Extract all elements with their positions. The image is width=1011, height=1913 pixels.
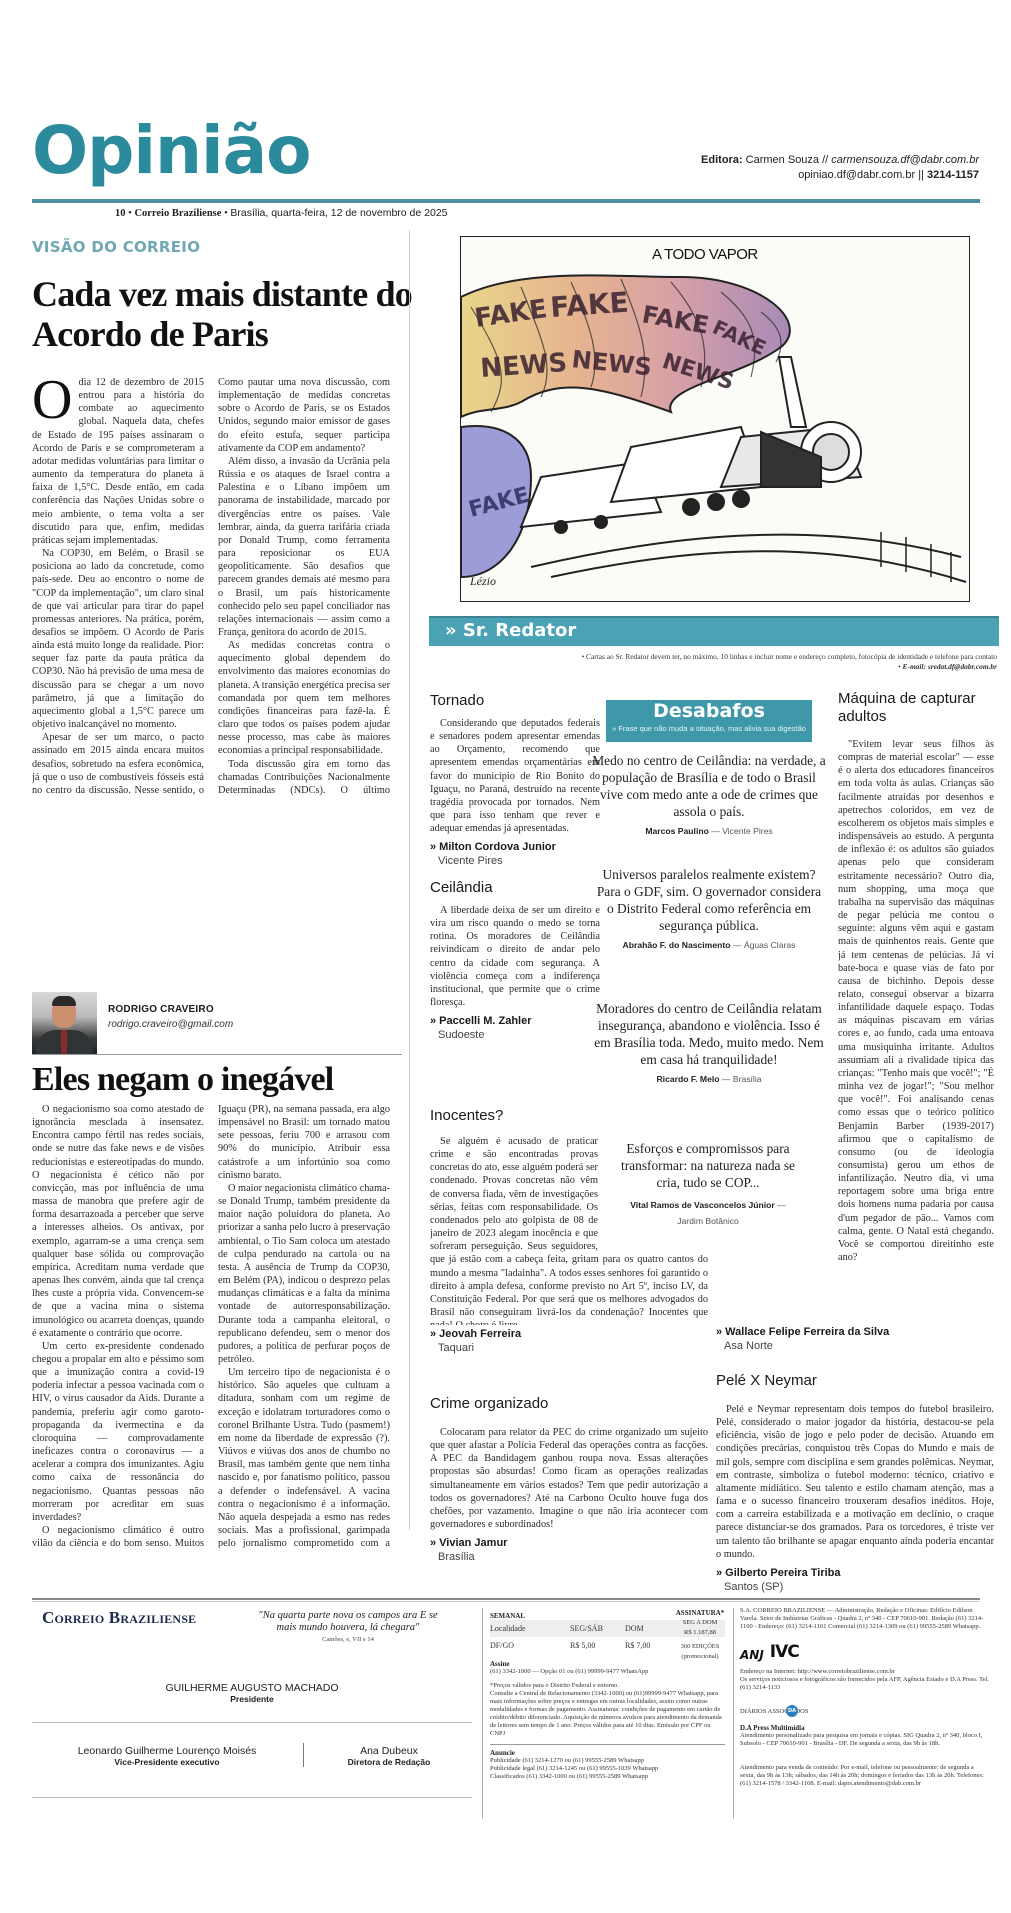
newspaper-logo: Correio Braziliense xyxy=(42,1608,196,1628)
author-name: Ricardo F. Melo xyxy=(656,1074,719,1084)
paragraph: Como pautar uma nova discussão, com impl… xyxy=(218,376,390,455)
footer-rule xyxy=(32,1598,980,1600)
desabafo-text: Universos paralelos realmente existem? P… xyxy=(592,866,826,934)
diarios-associados-label: DIÁRIOS ASSOCIADOS xyxy=(740,1708,808,1716)
letter-author: » Wallace Felipe Ferreira da Silva xyxy=(716,1326,986,1338)
newspaper-name: Correio Braziliense xyxy=(134,208,221,219)
paragraph: Colocaram para relator da PEC do crime o… xyxy=(430,1426,708,1531)
author-email[interactable]: rodrigo.craveiro@gmail.com xyxy=(108,1019,233,1030)
editor-credit: Editora: Carmen Souza // carmensouza.df@… xyxy=(701,153,979,183)
anuncie-line: Publicidade legal (61) 3214-1245 ou (61)… xyxy=(490,1765,725,1773)
paragraph: Iguaçu (PR), na semana passada, era algo… xyxy=(218,1103,390,1182)
letter-place: Santos (SP) xyxy=(716,1581,994,1593)
author-place: — Águas Claras xyxy=(733,940,796,950)
email-label: E-mail: xyxy=(903,662,926,671)
desabafo-item: Medo no centro de Ceilândia: na verdade,… xyxy=(592,752,826,836)
footer-divider xyxy=(482,1608,483,1818)
steam-train-illustration: FAKE FAKE FAKE FAKE NEWS NEWS NEWS FAKE xyxy=(461,237,970,602)
central-text: Consulte a Central de Relacionamento (33… xyxy=(490,1690,725,1738)
paragraph: A liberdade deixa de ser um direito e vi… xyxy=(430,904,600,1009)
paragraph: Apesar de ser um marco, o pacto assinado… xyxy=(32,731,204,796)
desabafos-title: Desabafos xyxy=(606,700,812,722)
dropcap: O xyxy=(32,377,72,423)
letter-crime-organizado: Crime organizado Colocaram para relator … xyxy=(430,1395,708,1563)
letter-author: » Gilberto Pereira Tiriba xyxy=(716,1567,994,1579)
subscription-price-value: R$ 1.187,88 xyxy=(672,1628,728,1638)
desabafo-text: Medo no centro de Ceilândia: na verdade,… xyxy=(592,752,826,820)
letter-body: "Evitem levar seus filhos às compras de … xyxy=(838,738,994,1264)
quote-source: Camões, e, VII e 14 xyxy=(248,1636,448,1643)
header-cell: SEG/SÁB xyxy=(570,1624,625,1633)
vp-credit: Leonardo Guilherme Lourenço Moisés Vice-… xyxy=(32,1745,302,1767)
footer-rule xyxy=(32,1601,980,1602)
desabafo-item: Moradores do centro de Ceilândia relatam… xyxy=(592,1000,826,1084)
opinion-column-1: O negacionismo soa como atestado de igno… xyxy=(32,1103,204,1548)
letter-title: Inocentes? xyxy=(430,1107,598,1124)
bullet: • xyxy=(224,208,228,219)
vp-role: Vice-Presidente executivo xyxy=(32,1757,302,1767)
editorial-headline: Cada vez mais distante do Acordo de Pari… xyxy=(32,274,412,354)
letter-place: Vicente Pires xyxy=(430,855,600,867)
editor-email[interactable]: carmensouza.df@dabr.com.br xyxy=(831,154,979,166)
author-photo-hair xyxy=(52,996,76,1006)
column-divider xyxy=(409,230,410,1530)
author-photo-tie xyxy=(61,1030,67,1054)
desabafo-item: Universos paralelos realmente existem? P… xyxy=(592,866,826,950)
desabafo-author: Vital Ramos de Vasconcelos Júnior — Jard… xyxy=(620,1197,796,1229)
paragraph: Pelé e Neymar representam dois tempos do… xyxy=(716,1403,994,1561)
internet-info: Endereço na Internet: http://www.correio… xyxy=(740,1668,990,1692)
letter-author: » Paccelli M. Zahler xyxy=(430,1015,600,1027)
da-logo-icon: DA xyxy=(786,1705,798,1717)
anj-logo: ANJ xyxy=(740,1648,764,1662)
letter-body: A liberdade deixa de ser um direito e vi… xyxy=(430,904,600,1009)
letter-place: Sudoeste xyxy=(430,1029,600,1041)
cartoon-title: A TODO VAPOR xyxy=(652,246,758,263)
letters-note: Cartas ao Sr. Redator devem ter, no máxi… xyxy=(586,652,997,661)
price-note: *Preços válidos para o Distrito Federal … xyxy=(490,1682,725,1690)
price-notes: *Preços válidos para o Distrito Federal … xyxy=(490,1682,725,1738)
letter-title: Tornado xyxy=(430,692,600,709)
president-name: GUILHERME AUGUSTO MACHADO xyxy=(32,1682,472,1694)
editorial-column-1: Odia 12 de dezembro de 2015 entrou para … xyxy=(32,376,204,796)
letter-body: Pelé e Neymar representam dois tempos do… xyxy=(716,1403,994,1561)
footer-divider xyxy=(733,1608,734,1818)
desabafo-author: Marcos Paulino — Vicente Pires xyxy=(592,826,826,836)
cell: R$ 5,00 xyxy=(570,1641,625,1650)
opinion-column-2: Iguaçu (PR), na semana passada, era algo… xyxy=(218,1103,390,1548)
letter-author: » Jeovah Ferreira xyxy=(430,1328,600,1340)
header-cell: Localidade xyxy=(490,1624,570,1633)
assine-phone: (61) 3342-1000 — Opção 01 ou (61) 99999-… xyxy=(490,1668,725,1676)
president-credit: GUILHERME AUGUSTO MACHADO Presidente xyxy=(32,1682,472,1704)
camoes-quote: "Na quarta parte nova os campos ara E se… xyxy=(248,1610,448,1634)
letter-title: Ceilândia xyxy=(430,879,600,896)
author-name: Marcos Paulino xyxy=(645,826,709,836)
author-name: Vital Ramos de Vasconcelos Júnior xyxy=(630,1200,775,1210)
letter-maquina-signature: » Wallace Felipe Ferreira da Silva Asa N… xyxy=(716,1326,986,1352)
letter-place: Taquari xyxy=(430,1342,600,1354)
subscription-period: SEG A DOM xyxy=(672,1618,728,1628)
anuncie-block: Anuncie Publicidade (61) 3214-1270 ou (6… xyxy=(490,1744,725,1781)
letter-place: Brasília xyxy=(430,1551,708,1563)
anuncie-line: Publicidade (61) 3214-1270 ou (61) 99555… xyxy=(490,1757,725,1765)
paragraph: O negacionismo soa como atestado de igno… xyxy=(32,1103,204,1340)
ivc-logo: IVC xyxy=(770,1642,799,1662)
letter-body: Colocaram para relator da PEC do crime o… xyxy=(430,1426,708,1531)
dateline: 10 • Correio Braziliense • Brasília, qua… xyxy=(115,207,448,219)
desabafo-text: Moradores do centro de Ceilândia relatam… xyxy=(592,1000,826,1068)
letter-tornado: Tornado Considerando que deputados feder… xyxy=(430,692,600,867)
paragraph: "Evitem levar seus filhos às compras de … xyxy=(838,738,994,1264)
president-role: Presidente xyxy=(32,1694,472,1704)
divider xyxy=(303,1743,304,1767)
section-email[interactable]: opiniao.df@dabr.com.br xyxy=(798,169,915,181)
company-info: S.A. CORREIO BRAZILIENSE — Administração… xyxy=(740,1607,990,1631)
director-role: Diretora de Redação xyxy=(306,1757,472,1767)
subscription-editions: 360 EDIÇÕES xyxy=(672,1642,728,1652)
separator: || xyxy=(918,169,924,181)
letter-title: Máquina de capturar adultos xyxy=(838,690,994,726)
paragraph: Na COP30, em Belém, o Brasil se posicion… xyxy=(32,547,204,731)
letter-ceilandia: Ceilândia A liberdade deixa de ser um di… xyxy=(430,879,600,1041)
section-masthead: Opinião xyxy=(32,118,310,184)
subscription-price: ASSINATURA* SEG A DOM R$ 1.187,88 360 ED… xyxy=(672,1608,728,1662)
da-press-text: Atendimento personalizado para pesquisa … xyxy=(740,1732,990,1748)
date-text: Brasília, quarta-feira, 12 de novembro d… xyxy=(230,207,447,219)
author-photo xyxy=(32,992,97,1054)
letter-inocentes-signature: » Jeovah Ferreira Taquari xyxy=(430,1328,600,1354)
paragraph: O maior negacionista climático chama-se … xyxy=(218,1182,390,1366)
author-place: — Vicente Pires xyxy=(711,826,772,836)
header-rule xyxy=(32,199,980,203)
letter-body: Considerando que deputados federais e se… xyxy=(430,717,600,835)
divider xyxy=(32,1722,472,1723)
paragraph: Um certo ex-presidente condenado chegou … xyxy=(32,1340,204,1524)
opinion-headline: Eles negam o inegável xyxy=(32,1060,333,1100)
section-phone: 3214-1157 xyxy=(927,169,979,181)
editorial-cartoon: FAKE FAKE FAKE FAKE NEWS NEWS NEWS FAKE xyxy=(460,236,970,602)
da-press-title: D.A Press Multimídia xyxy=(740,1724,990,1732)
internet-address[interactable]: Endereço na Internet: http://www.correio… xyxy=(740,1668,990,1676)
subscription-note: (promocional) xyxy=(672,1652,728,1662)
author-divider xyxy=(32,1054,402,1055)
editorial-kicker: VISÃO DO CORREIO xyxy=(32,238,200,256)
letter-inocentes: Inocentes? xyxy=(430,1107,598,1124)
da-press-info: D.A Press Multimídia Atendimento persona… xyxy=(740,1724,990,1748)
editorial-column-2: Como pautar uma nova discussão, com impl… xyxy=(218,376,390,796)
paragraph: Além disso, a invasão da Ucrânia pela Rú… xyxy=(218,455,390,639)
svg-text:FAKE: FAKE xyxy=(549,286,630,324)
header-cell: DOM xyxy=(625,1624,665,1633)
letters-instructions: • Cartas ao Sr. Redator devem ter, no má… xyxy=(582,652,997,672)
letter-title: Pelé X Neymar xyxy=(716,1372,994,1389)
paragraph: Um terceiro tipo de negacionista é o his… xyxy=(218,1366,390,1548)
vp-name: Leonardo Guilherme Lourenço Moisés xyxy=(32,1745,302,1757)
desabafos-subtitle: » Frase que não muda a situação, mas ali… xyxy=(606,724,812,733)
page-number: 10 xyxy=(115,208,126,219)
director-name: Ana Dubeux xyxy=(306,1745,472,1757)
anuncie-line: Classificados (61) 3342-1000 ou (61) 995… xyxy=(490,1773,725,1781)
paragraph: O negacionismo climático é outro vilão d… xyxy=(32,1524,204,1548)
cell: R$ 7,00 xyxy=(625,1641,665,1650)
desabafo-text: Esforços e compromissos para transformar… xyxy=(620,1140,796,1191)
letter-author: » Milton Cordova Junior xyxy=(430,841,600,853)
divider xyxy=(32,1797,472,1798)
anuncie-label: Anuncie xyxy=(490,1749,725,1757)
subscription-label: ASSINATURA* xyxy=(672,1608,728,1618)
association-logos: ANJ IVC xyxy=(740,1642,799,1662)
author-place: — Brasília xyxy=(722,1074,762,1084)
paragraph: Toda discussão gira em torno das chamada… xyxy=(218,758,390,796)
letters-email[interactable]: sredat.df@dabr.com.br xyxy=(928,662,997,671)
editor-label: Editora: xyxy=(701,154,743,166)
letter-pele-neymar: Pelé X Neymar Pelé e Neymar representam … xyxy=(716,1372,994,1593)
paragraph: Considerando que deputados federais e se… xyxy=(430,717,600,835)
letter-title: Crime organizado xyxy=(430,1395,708,1412)
desabafo-item: Esforços e compromissos para transformar… xyxy=(620,1140,796,1229)
print-sales-info: Atendimento para venda de conteúdo: Por … xyxy=(740,1764,990,1788)
svg-text:NEWS: NEWS xyxy=(479,348,568,384)
bullet: • xyxy=(128,208,132,219)
assine-block: Assine (61) 3342-1000 — Opção 01 ou (61)… xyxy=(490,1660,725,1676)
author-name: Abrahão F. do Nascimento xyxy=(623,940,731,950)
agencies-text: Os serviços noticiosos e fotográficos sã… xyxy=(740,1676,990,1692)
author-name: RODRIGO CRAVEIRO xyxy=(108,1004,214,1015)
letter-place: Asa Norte xyxy=(716,1340,986,1352)
cell: DF/GO xyxy=(490,1641,570,1650)
letter-author: » Vivian Jamur xyxy=(430,1537,708,1549)
paragraph: As medidas concretas contra o aqueciment… xyxy=(218,639,390,757)
director-credit: Ana Dubeux Diretora de Redação xyxy=(306,1745,472,1767)
letter-maquina: Máquina de capturar adultos "Evitem leva… xyxy=(838,690,994,1294)
desabafo-author: Ricardo F. Melo — Brasília xyxy=(592,1074,826,1084)
cartoonist-signature: Lézio xyxy=(470,574,496,589)
desabafo-author: Abrahão F. do Nascimento — Águas Claras xyxy=(592,940,826,950)
letters-section-title: » Sr. Redator xyxy=(445,620,576,641)
editor-name: Carmen Souza // xyxy=(746,154,829,166)
